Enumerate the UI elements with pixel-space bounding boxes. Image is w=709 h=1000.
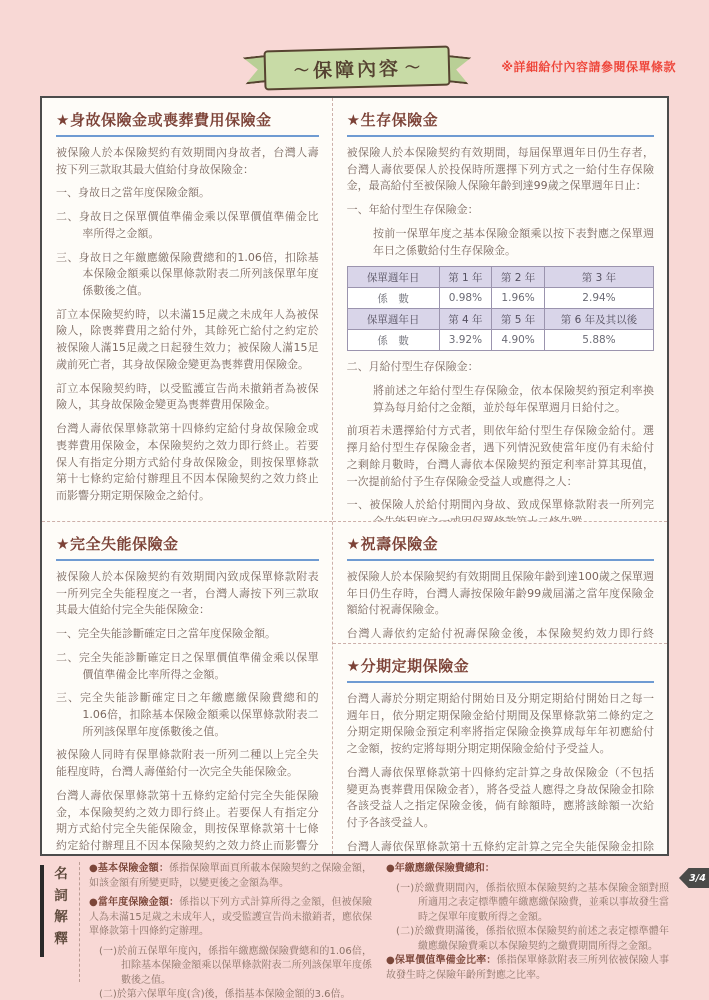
death-para-3: 台灣人壽依保單條款第十四條約定給付身故保險金或喪葬費用保險金，本保險契約之效力即… bbox=[56, 421, 319, 505]
death-item-3: 三、身故日之年繳應繳保險費總和的1.06倍，扣除基本保險金額乘以保單條款附表二所… bbox=[56, 250, 319, 300]
page-number-badge: 3/4 bbox=[679, 868, 709, 888]
page-title: 〜 保障內容 〜 bbox=[264, 46, 451, 91]
disability-para-1: 被保險人同時有保單條款附表一所列二種以上完全失能程度時，台灣人壽僅給付一次完全失… bbox=[56, 747, 319, 780]
left-column: ★身故保險金或喪葬費用保險金 被保險人於本保險契約有效期間內身故者，台灣人壽按下… bbox=[42, 98, 333, 854]
disability-item-1: 一、完全失能診斷確定日之當年度保險金額。 bbox=[56, 626, 319, 643]
section-installment-benefit: ★分期定期保險金 台灣人壽於分期定期給付開始日及分期定期給付開始日之每一週年日，… bbox=[333, 644, 667, 854]
disability-item-2: 二、完全失能診斷確定日之保單價值準備金乘以保單價值準備金比率所得之金額。 bbox=[56, 650, 319, 683]
glossary-sub-item: (一)於繳費期間內，係指依照本保險契約之基本保險金額對照所適用之表定標準體年繳應… bbox=[396, 882, 669, 926]
death-para-1: 訂立本保險契約時，以未滿15足歲之未成年人為被保險人，除喪葬費用之給付外，其餘死… bbox=[56, 307, 319, 374]
right-column: ★生存保險金 被保險人於本保險契約有效期間，每屆保單週年日仍生存者，台灣人壽依要… bbox=[333, 98, 667, 854]
glossary-term-reserve-ratio: ●保單價值準備金比率：係指保單條款附表三所列依被保險人事故發生時之保險年齡所對應… bbox=[386, 954, 669, 983]
page-title-text: 保障內容 bbox=[313, 53, 402, 82]
survival-para-2: 前項若未選擇給付方式者，則依年給付型生存保險金給付。選擇月給付型生存保險金者，遇… bbox=[347, 423, 654, 490]
installment-para-2: 台灣人壽依保單條款第十四條約定計算之身故保險金（不包括變更為喪葬費用保險金者），… bbox=[347, 765, 654, 832]
death-para-2: 訂立本保險契約時，以受監護宣告尚未撤銷者為被保險人，其身故保險金變更為喪葬費用保… bbox=[56, 381, 319, 414]
squiggle-left-icon: 〜 bbox=[294, 59, 310, 80]
death-item-1: 一、身故日之當年度保險金額。 bbox=[56, 185, 319, 202]
survival-item-1-label: 一、年給付型生存保險金： bbox=[347, 202, 654, 219]
disability-intro: 被保險人於本保險契約有效期間內致成保單條款附表一所列完全失能程度之一者，台灣人壽… bbox=[56, 569, 319, 619]
survival-item-2-label: 二、月給付型生存保險金： bbox=[347, 359, 654, 376]
birthday-para-2: 台灣人壽依約定給付祝壽保險金後，本保險契約效力即行終止。 bbox=[347, 626, 654, 644]
section-title-death: ★身故保險金或喪葬費用保險金 bbox=[56, 109, 319, 137]
section-title-disability: ★完全失能保險金 bbox=[56, 533, 319, 561]
glossary-section: 名 詞 解 釋 ●基本保險金額：係指保險單面頁所載本保險契約之保險金額，如該金額… bbox=[40, 862, 669, 982]
installment-para-3: 台灣人壽依保單條款第十五條約定計算之完全失能保險金扣除被保險人之指定保險金後，倘… bbox=[347, 839, 654, 854]
squiggle-right-icon: 〜 bbox=[405, 56, 421, 77]
glossary-sub-item: (一)於前五保單年度內，係指年繳應繳保險費總和的1.06倍，扣除基本保險金額乘以… bbox=[99, 945, 372, 989]
page-header: 〜 保障內容 〜 ※詳細給付內容請參閱保單條款 bbox=[0, 0, 709, 96]
glossary-term-annual-premium-sum: ●年繳應繳保險費總和： bbox=[386, 862, 669, 877]
glossary-label: 名 詞 解 釋 bbox=[50, 864, 72, 982]
glossary-divider bbox=[79, 862, 80, 982]
survival-item-1-body: 按前一保單年度之基本保險金額乘以按下表對應之保單週年日之係數給付生存保險金。 bbox=[347, 226, 654, 259]
birthday-para-1: 被保險人於本保險契約有效期間且保險年齡到達100歲之保單週年日仍生存時，台灣人壽… bbox=[347, 569, 654, 619]
section-death-benefit: ★身故保險金或喪葬費用保險金 被保險人於本保險契約有效期間內身故者，台灣人壽按下… bbox=[42, 98, 332, 522]
rate-table-header-row: 保單週年日 第 1 年 第 2 年 第 3 年 bbox=[347, 267, 653, 288]
benefits-box: ★身故保險金或喪葬費用保險金 被保險人於本保險契約有效期間內身故者，台灣人壽按下… bbox=[40, 96, 669, 856]
glossary-term-basic-amount: ●基本保險金額：係指保險單面頁所載本保險契約之保險金額，如該金額有所變更時，以變… bbox=[89, 862, 372, 891]
section-title-survival: ★生存保險金 bbox=[347, 109, 654, 137]
disability-item-3: 三、完全失能診斷確定日之年繳應繳保險費總和的1.06倍，扣除基本保險金額乘以保單… bbox=[56, 690, 319, 740]
rate-table-data-row: 係 數 3.92% 4.90% 5.88% bbox=[347, 330, 653, 351]
section-title-birthday: ★祝壽保險金 bbox=[347, 533, 654, 561]
section-longevity-benefit: ★祝壽保險金 被保險人於本保險契約有效期間且保險年齡到達100歲之保單週年日仍生… bbox=[333, 522, 667, 644]
section-title-installment: ★分期定期保險金 bbox=[347, 655, 654, 683]
survival-subitem-1: 一、被保險人於給付期間內身故、致成保單條款附表一所列完全失能程度之一或因保單條款… bbox=[347, 497, 654, 522]
disability-para-2: 台灣人壽依保單條款第十五條約定給付完全失能保險金，本保險契約之效力即行終止。若要… bbox=[56, 788, 319, 854]
detail-reference-note: ※詳細給付內容請參閱保單條款 bbox=[501, 58, 676, 75]
glossary-sub-item: (二)於第六保單年度(含)後，係指基本保險金額的3.6倍。 bbox=[99, 988, 372, 1000]
glossary-term-current-year-amount: ●當年度保險金額：係指以下列方式計算所得之金額，但被保險人為未滿15足歲之未成年… bbox=[89, 896, 372, 940]
death-intro: 被保險人於本保險契約有效期間內身故者，台灣人壽按下列三款取其最大值給付身故保險金… bbox=[56, 145, 319, 178]
rate-table-data-row: 係 數 0.98% 1.96% 2.94% bbox=[347, 288, 653, 309]
section-survival-benefit: ★生存保險金 被保險人於本保險契約有效期間，每屆保單週年日仍生存者，台灣人壽依要… bbox=[333, 98, 667, 522]
insurance-benefits-page: { "banner": { "title": "保障內容", "left_mar… bbox=[0, 0, 709, 1000]
survival-rate-table: 保單週年日 第 1 年 第 2 年 第 3 年 係 數 0.98% 1.96% … bbox=[347, 266, 654, 351]
glossary-right-column: ●年繳應繳保險費總和： (一)於繳費期間內，係指依照本保險契約之基本保險金額對照… bbox=[386, 862, 669, 982]
death-item-2: 二、身故日之保單價值準備金乘以保單價值準備金比率所得之金額。 bbox=[56, 209, 319, 242]
survival-intro: 被保險人於本保險契約有效期間，每屆保單週年日仍生存者，台灣人壽依要保人於投保時所… bbox=[347, 145, 654, 195]
survival-item-2-body: 將前述之年給付型生存保險金，依本保險契約預定利率換算為每月給付之金額，並於每年保… bbox=[347, 383, 654, 416]
rate-table-header-row: 保單週年日 第 4 年 第 5 年 第 6 年及其以後 bbox=[347, 309, 653, 330]
glossary-left-column: ●基本保險金額：係指保險單面頁所載本保險契約之保險金額，如該金額有所變更時，以變… bbox=[89, 862, 372, 982]
glossary-accent-bar bbox=[40, 865, 44, 957]
glossary-columns: ●基本保險金額：係指保險單面頁所載本保險契約之保險金額，如該金額有所變更時，以變… bbox=[89, 862, 669, 982]
protection-contents-ribbon: 〜 保障內容 〜 bbox=[252, 46, 462, 90]
section-total-disability: ★完全失能保險金 被保險人於本保險契約有效期間內致成保單條款附表一所列完全失能程… bbox=[42, 522, 332, 854]
installment-para-1: 台灣人壽於分期定期給付開始日及分期定期給付開始日之每一週年日，依分期定期保險金給… bbox=[347, 691, 654, 758]
glossary-sub-item: (二)於繳費期滿後，係指依照本保險契約前述之表定標準體年繳應繳保險費乘以本保險契… bbox=[396, 925, 669, 954]
